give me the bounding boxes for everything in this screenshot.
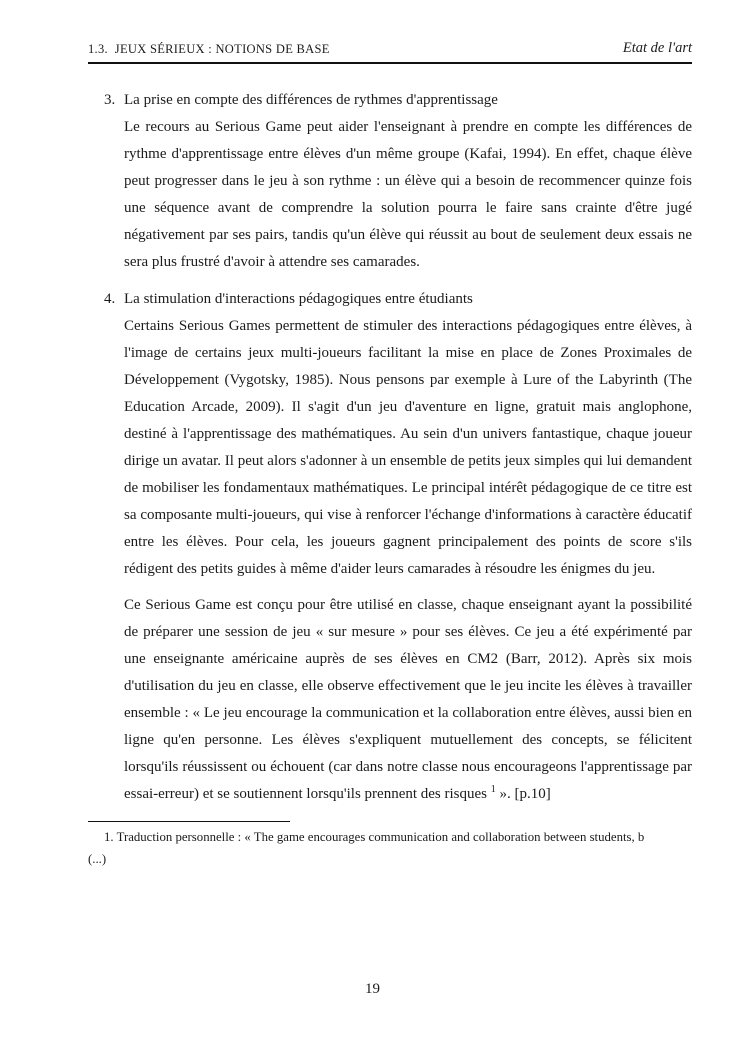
list-item-3-body: Le recours au Serious Game peut aider l'… <box>104 114 692 276</box>
footnote: 1. Traduction personnelle : « The game e… <box>88 826 692 870</box>
running-head: 1.3. JEUX SÉRIEUX : NOTIONS DE BASE Etat… <box>88 40 692 64</box>
numbered-list: 3. La prise en compte des différences de… <box>88 87 692 808</box>
list-item-3-title: La prise en compte des différences de ry… <box>124 87 692 114</box>
paragraph: Ce Serious Game est conçu pour être util… <box>124 592 692 808</box>
running-title: Etat de l'art <box>623 40 692 57</box>
footnote-line-2: (...) <box>88 848 692 870</box>
footnote-rule <box>88 821 290 822</box>
list-item-3-number: 3. <box>104 87 124 114</box>
page-content: 1.3. JEUX SÉRIEUX : NOTIONS DE BASE Etat… <box>88 40 692 870</box>
footnote-line-1: 1. Traduction personnelle : « The game e… <box>88 826 692 848</box>
paragraph-tail: ». [p.10] <box>500 786 551 802</box>
list-item-4-body: Certains Serious Games permettent de sti… <box>104 313 692 808</box>
list-item-3: 3. La prise en compte des différences de… <box>104 87 692 276</box>
section-header: 1.3. JEUX SÉRIEUX : NOTIONS DE BASE <box>88 42 330 57</box>
paragraph-text: Ce Serious Game est conçu pour être util… <box>124 597 692 802</box>
list-item-4-number: 4. <box>104 286 124 313</box>
footnote-text: Traduction personnelle : « The game enco… <box>117 830 645 844</box>
list-item-3-head: 3. La prise en compte des différences de… <box>104 87 692 114</box>
footnote-reference: 1 <box>491 784 496 795</box>
list-item-4-head: 4. La stimulation d'interactions pédagog… <box>104 286 692 313</box>
list-item-4: 4. La stimulation d'interactions pédagog… <box>104 286 692 808</box>
paragraph: Certains Serious Games permettent de sti… <box>124 313 692 583</box>
thesis-page: 1.3. JEUX SÉRIEUX : NOTIONS DE BASE Etat… <box>0 0 745 1053</box>
paragraph: Le recours au Serious Game peut aider l'… <box>124 114 692 276</box>
page-number: 19 <box>0 981 745 998</box>
list-item-4-title: La stimulation d'interactions pédagogiqu… <box>124 286 692 313</box>
footnote-marker: 1. <box>104 830 114 844</box>
